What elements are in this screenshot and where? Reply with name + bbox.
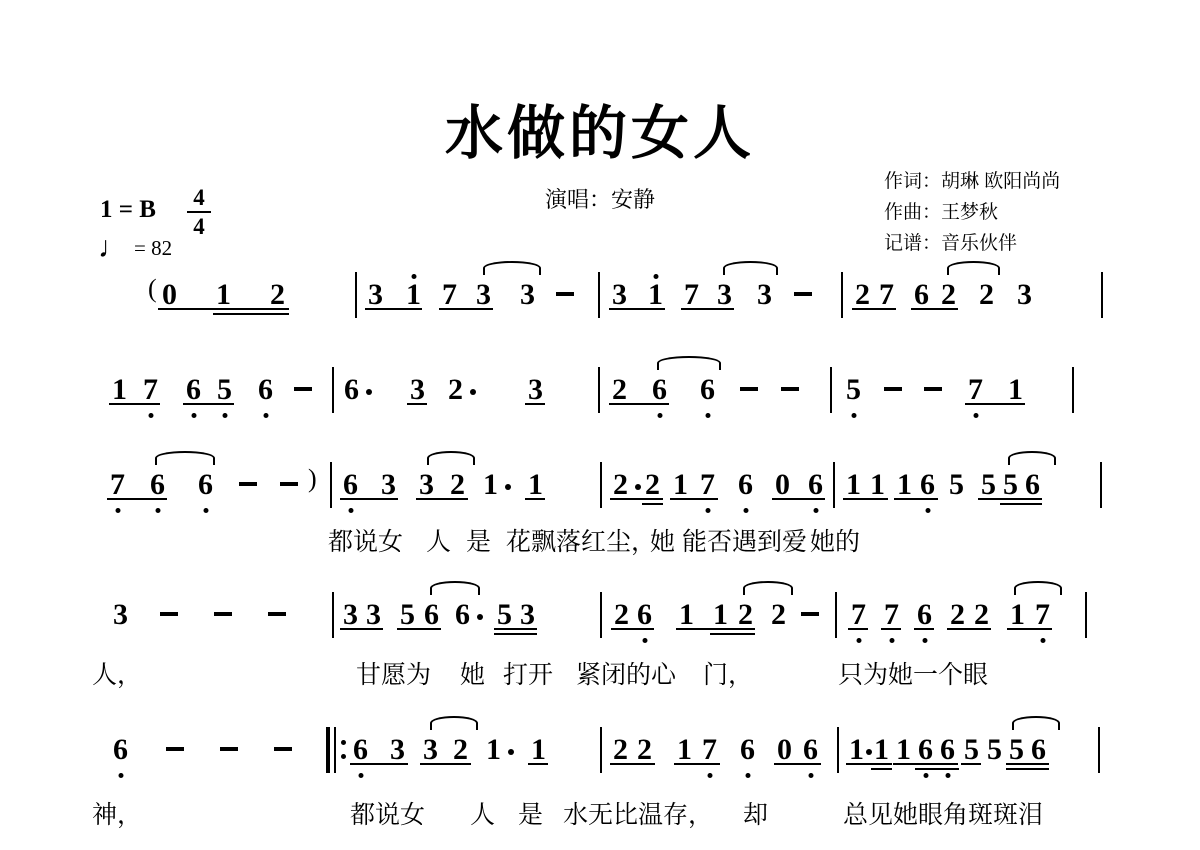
octave-dot-low xyxy=(642,638,647,643)
note-digit: 1 xyxy=(406,278,421,312)
note-digit: 1 xyxy=(486,733,501,767)
tie-arc xyxy=(430,581,480,595)
tie-arc xyxy=(483,261,541,275)
beam-line xyxy=(710,633,755,635)
tie-arc xyxy=(1012,716,1060,730)
barline xyxy=(1085,592,1087,638)
octave-dot-low xyxy=(191,413,196,418)
note-digit: 1 xyxy=(528,468,543,502)
note-digit: 1 xyxy=(849,733,864,767)
score-area: (0123173331733276223176566323266571766)6… xyxy=(0,0,1200,850)
note-digit: 0 xyxy=(775,468,790,502)
duration-dash xyxy=(274,747,292,751)
barline xyxy=(598,367,600,413)
note-digit: 1 xyxy=(679,598,694,632)
note-digit: 1 xyxy=(677,733,692,767)
note-digit: 3 xyxy=(368,278,383,312)
barline xyxy=(598,272,600,318)
note-digit: 6 xyxy=(150,468,165,502)
note-digit: 3 xyxy=(390,733,405,767)
beam-line xyxy=(407,403,427,405)
beam-line xyxy=(494,628,537,630)
beam-line xyxy=(961,763,981,765)
octave-dot-low xyxy=(118,773,123,778)
lyric-text: 是 xyxy=(518,795,543,831)
beam-line xyxy=(1000,503,1042,505)
note-digit: 7 xyxy=(879,278,894,312)
note-digit: 2 xyxy=(450,468,465,502)
beam-line xyxy=(183,403,234,405)
note-digit: 5 xyxy=(949,468,964,502)
lyric-text: 她 xyxy=(650,522,675,558)
augmentation-dot xyxy=(635,484,641,490)
note-digit: 5 xyxy=(846,373,861,407)
note-digit: 5 xyxy=(217,373,232,407)
note-digit: 3 xyxy=(419,468,434,502)
note-digit: 6 xyxy=(424,598,439,632)
note-digit: 1 xyxy=(874,733,889,767)
octave-dot-low xyxy=(923,773,928,778)
augmentation-dot xyxy=(470,389,476,395)
note-digit: 1 xyxy=(897,468,912,502)
tie-arc xyxy=(155,451,215,465)
beam-line xyxy=(609,403,669,405)
beam-line xyxy=(852,308,896,310)
beam-line xyxy=(439,308,493,310)
beam-line xyxy=(420,763,471,765)
octave-dot-low xyxy=(148,413,153,418)
note-digit: 2 xyxy=(614,598,629,632)
note-digit: 5 xyxy=(964,733,979,767)
beam-line xyxy=(772,498,825,500)
note-digit: 3 xyxy=(476,278,491,312)
augmentation-dot xyxy=(866,749,872,755)
octave-dot-low xyxy=(263,413,268,418)
beam-line xyxy=(871,768,892,770)
beam-line xyxy=(676,628,755,630)
lyric-text: 紧闭的心 xyxy=(576,655,676,691)
note-digit: 6 xyxy=(1031,733,1046,767)
music-row: 176566323266571 xyxy=(0,373,1200,423)
note-digit: 6 xyxy=(353,733,368,767)
note-digit: 6 xyxy=(344,373,359,407)
lyric-row: 人，甘愿为她打开紧闭的心门，只为她一个眼 xyxy=(0,655,1200,687)
note-digit: 6 xyxy=(917,598,932,632)
tie-arc xyxy=(657,356,721,370)
octave-dot-high xyxy=(653,274,658,279)
repeat-sign xyxy=(326,727,350,773)
tie-arc xyxy=(1008,451,1056,465)
lyric-text: 都说女 xyxy=(328,522,403,558)
music-row: 766)633211221760611165556 xyxy=(0,468,1200,518)
octave-dot-low xyxy=(851,413,856,418)
repeat-thin-bar xyxy=(334,727,336,773)
repeat-dot xyxy=(341,754,346,759)
note-digit: 7 xyxy=(684,278,699,312)
note-digit: 2 xyxy=(771,598,786,632)
note-digit: 6 xyxy=(1025,468,1040,502)
duration-dash xyxy=(166,747,184,751)
beam-line xyxy=(525,403,545,405)
duration-dash xyxy=(781,387,799,391)
parenthesis: ) xyxy=(308,464,317,494)
note-digit: 1 xyxy=(870,468,885,502)
duration-dash xyxy=(801,612,819,616)
octave-dot-low xyxy=(922,638,927,643)
tie-arc xyxy=(430,716,478,730)
lyric-text: 打开 xyxy=(503,655,553,691)
octave-dot-high xyxy=(411,274,416,279)
lyric-text: 她的 xyxy=(810,522,860,558)
octave-dot-low xyxy=(707,773,712,778)
beam-line xyxy=(674,763,720,765)
note-digit: 6 xyxy=(700,373,715,407)
note-digit: 5 xyxy=(1003,468,1018,502)
octave-dot-low xyxy=(745,773,750,778)
beam-line xyxy=(965,403,1025,405)
lyric-text: 她 xyxy=(460,655,485,691)
beam-line xyxy=(670,498,718,500)
tie-arc xyxy=(1014,581,1062,595)
note-digit: 1 xyxy=(531,733,546,767)
duration-dash xyxy=(220,747,238,751)
note-digit: 6 xyxy=(455,598,470,632)
octave-dot-low xyxy=(155,508,160,513)
lyric-text: 能否遇到爱 xyxy=(682,522,807,558)
note-digit: 3 xyxy=(410,373,425,407)
augmentation-dot xyxy=(505,484,511,490)
beam-line xyxy=(893,763,958,765)
note-digit: 2 xyxy=(612,373,627,407)
barline xyxy=(1098,727,1100,773)
barline xyxy=(330,462,332,508)
beam-line xyxy=(843,498,888,500)
beam-line xyxy=(978,498,1042,500)
note-digit: 2 xyxy=(645,468,660,502)
beam-line xyxy=(525,498,545,500)
beam-line xyxy=(213,313,289,315)
note-digit: 3 xyxy=(381,468,396,502)
note-digit: 2 xyxy=(270,278,285,312)
beam-line xyxy=(365,308,422,310)
note-digit: 6 xyxy=(803,733,818,767)
octave-dot-low xyxy=(813,508,818,513)
beam-line xyxy=(947,628,991,630)
note-digit: 3 xyxy=(520,278,535,312)
beam-line xyxy=(350,763,408,765)
parenthesis: ( xyxy=(148,274,157,304)
barline xyxy=(833,462,835,508)
beam-line xyxy=(681,308,734,310)
note-digit: 7 xyxy=(110,468,125,502)
duration-dash xyxy=(214,612,232,616)
repeat-thick-bar xyxy=(326,727,330,773)
note-digit: 5 xyxy=(1009,733,1024,767)
note-digit: 3 xyxy=(343,598,358,632)
note-digit: 2 xyxy=(613,468,628,502)
beam-line xyxy=(642,503,663,505)
octave-dot-low xyxy=(705,413,710,418)
note-digit: 5 xyxy=(400,598,415,632)
note-digit: 2 xyxy=(855,278,870,312)
beam-line xyxy=(914,628,934,630)
note-digit: 7 xyxy=(700,468,715,502)
note-digit: 6 xyxy=(940,733,955,767)
beam-line xyxy=(1006,768,1049,770)
note-digit: 2 xyxy=(974,598,989,632)
note-digit: 1 xyxy=(713,598,728,632)
augmentation-dot xyxy=(366,389,372,395)
lyric-text: 水无比温存， xyxy=(563,795,713,831)
note-digit: 0 xyxy=(162,278,177,312)
lyric-text: 神， xyxy=(92,795,142,831)
note-digit: 7 xyxy=(884,598,899,632)
octave-dot-low xyxy=(348,508,353,513)
note-digit: 6 xyxy=(920,468,935,502)
barline xyxy=(600,592,602,638)
beam-line xyxy=(340,628,383,630)
octave-dot-low xyxy=(743,508,748,513)
octave-dot-low xyxy=(203,508,208,513)
beam-line xyxy=(611,628,654,630)
note-digit: 7 xyxy=(143,373,158,407)
barline xyxy=(1100,462,1102,508)
augmentation-dot xyxy=(477,614,483,620)
note-digit: 6 xyxy=(808,468,823,502)
duration-dash xyxy=(924,387,942,391)
note-digit: 6 xyxy=(637,598,652,632)
note-digit: 6 xyxy=(343,468,358,502)
note-digit: 2 xyxy=(950,598,965,632)
note-digit: 2 xyxy=(453,733,468,767)
octave-dot-low xyxy=(705,508,710,513)
note-digit: 1 xyxy=(216,278,231,312)
octave-dot-low xyxy=(222,413,227,418)
note-digit: 5 xyxy=(497,598,512,632)
lyric-row: 神，都说女人是水无比温存，却总见她眼角斑斑泪 xyxy=(0,795,1200,827)
note-digit: 6 xyxy=(258,373,273,407)
lyric-text: 门， xyxy=(703,655,753,691)
duration-dash xyxy=(160,612,178,616)
note-digit: 3 xyxy=(113,598,128,632)
duration-dash xyxy=(884,387,902,391)
octave-dot-low xyxy=(808,773,813,778)
note-digit: 5 xyxy=(987,733,1002,767)
note-digit: 6 xyxy=(740,733,755,767)
beam-line xyxy=(528,763,548,765)
beam-line xyxy=(158,308,289,310)
note-digit: 3 xyxy=(717,278,732,312)
note-digit: 7 xyxy=(1035,598,1050,632)
lyric-row: 都说女人是花飘落红尘，她能否遇到爱她的 xyxy=(0,522,1200,554)
music-row: 333566532611227762217 xyxy=(0,598,1200,648)
note-digit: 2 xyxy=(941,278,956,312)
note-digit: 1 xyxy=(846,468,861,502)
duration-dash xyxy=(280,482,298,486)
barline xyxy=(332,367,334,413)
note-digit: 3 xyxy=(757,278,772,312)
music-row: 66332112217606111665556 xyxy=(0,733,1200,783)
note-digit: 6 xyxy=(113,733,128,767)
note-digit: 7 xyxy=(851,598,866,632)
beam-line xyxy=(340,498,398,500)
octave-dot-low xyxy=(115,508,120,513)
beam-line xyxy=(610,763,655,765)
note-digit: 6 xyxy=(914,278,929,312)
note-digit: 7 xyxy=(442,278,457,312)
lyric-text: 甘愿为 xyxy=(356,655,431,691)
octave-dot-low xyxy=(945,773,950,778)
duration-dash xyxy=(794,292,812,296)
beam-line xyxy=(894,498,938,500)
octave-dot-low xyxy=(925,508,930,513)
beam-line xyxy=(107,498,167,500)
note-digit: 1 xyxy=(483,468,498,502)
beam-line xyxy=(881,628,901,630)
beam-line xyxy=(109,403,160,405)
note-digit: 2 xyxy=(637,733,652,767)
lyric-text: 总见她眼角斑斑泪 xyxy=(843,795,1043,831)
repeat-dot xyxy=(341,740,346,745)
note-digit: 6 xyxy=(198,468,213,502)
barline xyxy=(332,592,334,638)
barline xyxy=(355,272,357,318)
beam-line xyxy=(610,498,663,500)
beam-line xyxy=(609,308,665,310)
beam-line xyxy=(494,633,537,635)
augmentation-dot xyxy=(508,749,514,755)
beam-line xyxy=(911,308,958,310)
beam-line xyxy=(915,768,959,770)
tie-arc xyxy=(427,451,475,465)
beam-line xyxy=(1007,628,1052,630)
barline xyxy=(1101,272,1103,318)
note-digit: 2 xyxy=(613,733,628,767)
barline xyxy=(837,727,839,773)
tie-arc xyxy=(723,261,778,275)
note-digit: 2 xyxy=(448,373,463,407)
note-digit: 7 xyxy=(702,733,717,767)
octave-dot-low xyxy=(973,413,978,418)
note-digit: 3 xyxy=(423,733,438,767)
note-digit: 1 xyxy=(1008,373,1023,407)
octave-dot-low xyxy=(1040,638,1045,643)
lyric-text: 只为她一个眼 xyxy=(838,655,988,691)
octave-dot-low xyxy=(657,413,662,418)
beam-line xyxy=(416,498,468,500)
note-digit: 3 xyxy=(528,373,543,407)
octave-dot-low xyxy=(358,773,363,778)
note-digit: 3 xyxy=(1017,278,1032,312)
note-digit: 1 xyxy=(673,468,688,502)
octave-dot-low xyxy=(856,638,861,643)
beam-line xyxy=(848,628,868,630)
barline xyxy=(830,367,832,413)
beam-line xyxy=(397,628,441,630)
beam-line xyxy=(1006,763,1049,765)
beam-line xyxy=(846,763,892,765)
note-digit: 7 xyxy=(968,373,983,407)
octave-dot-low xyxy=(889,638,894,643)
duration-dash xyxy=(740,387,758,391)
note-digit: 6 xyxy=(652,373,667,407)
note-digit: 3 xyxy=(366,598,381,632)
note-digit: 0 xyxy=(777,733,792,767)
duration-dash xyxy=(239,482,257,486)
note-digit: 2 xyxy=(979,278,994,312)
duration-dash xyxy=(294,387,312,391)
lyric-text: 人 xyxy=(470,795,495,831)
barline xyxy=(835,592,837,638)
lyric-text: 人， xyxy=(92,655,142,691)
note-digit: 1 xyxy=(896,733,911,767)
tie-arc xyxy=(947,261,1000,275)
note-digit: 6 xyxy=(918,733,933,767)
lyric-text: 是 xyxy=(466,522,491,558)
lyric-text: 人 xyxy=(426,522,451,558)
lyric-text: 花飘落红尘， xyxy=(506,522,656,558)
beam-line xyxy=(774,763,821,765)
barline xyxy=(600,462,602,508)
note-digit: 1 xyxy=(1010,598,1025,632)
note-digit: 6 xyxy=(738,468,753,502)
lyric-text: 都说女 xyxy=(350,795,425,831)
barline xyxy=(600,727,602,773)
barline xyxy=(841,272,843,318)
duration-dash xyxy=(556,292,574,296)
lyric-text: 却 xyxy=(743,795,768,831)
note-digit: 3 xyxy=(612,278,627,312)
note-digit: 3 xyxy=(520,598,535,632)
note-digit: 5 xyxy=(981,468,996,502)
sheet-page: 水做的女人 演唱：安静 作词：胡琳 欧阳尚尚 作曲：王梦秋 记谱：音乐伙伴 1 … xyxy=(0,0,1200,850)
note-digit: 2 xyxy=(738,598,753,632)
tie-arc xyxy=(743,581,793,595)
note-digit: 6 xyxy=(186,373,201,407)
barline xyxy=(1072,367,1074,413)
duration-dash xyxy=(268,612,286,616)
note-digit: 1 xyxy=(648,278,663,312)
note-digit: 1 xyxy=(112,373,127,407)
music-row: (0123173331733276223 xyxy=(0,278,1200,328)
